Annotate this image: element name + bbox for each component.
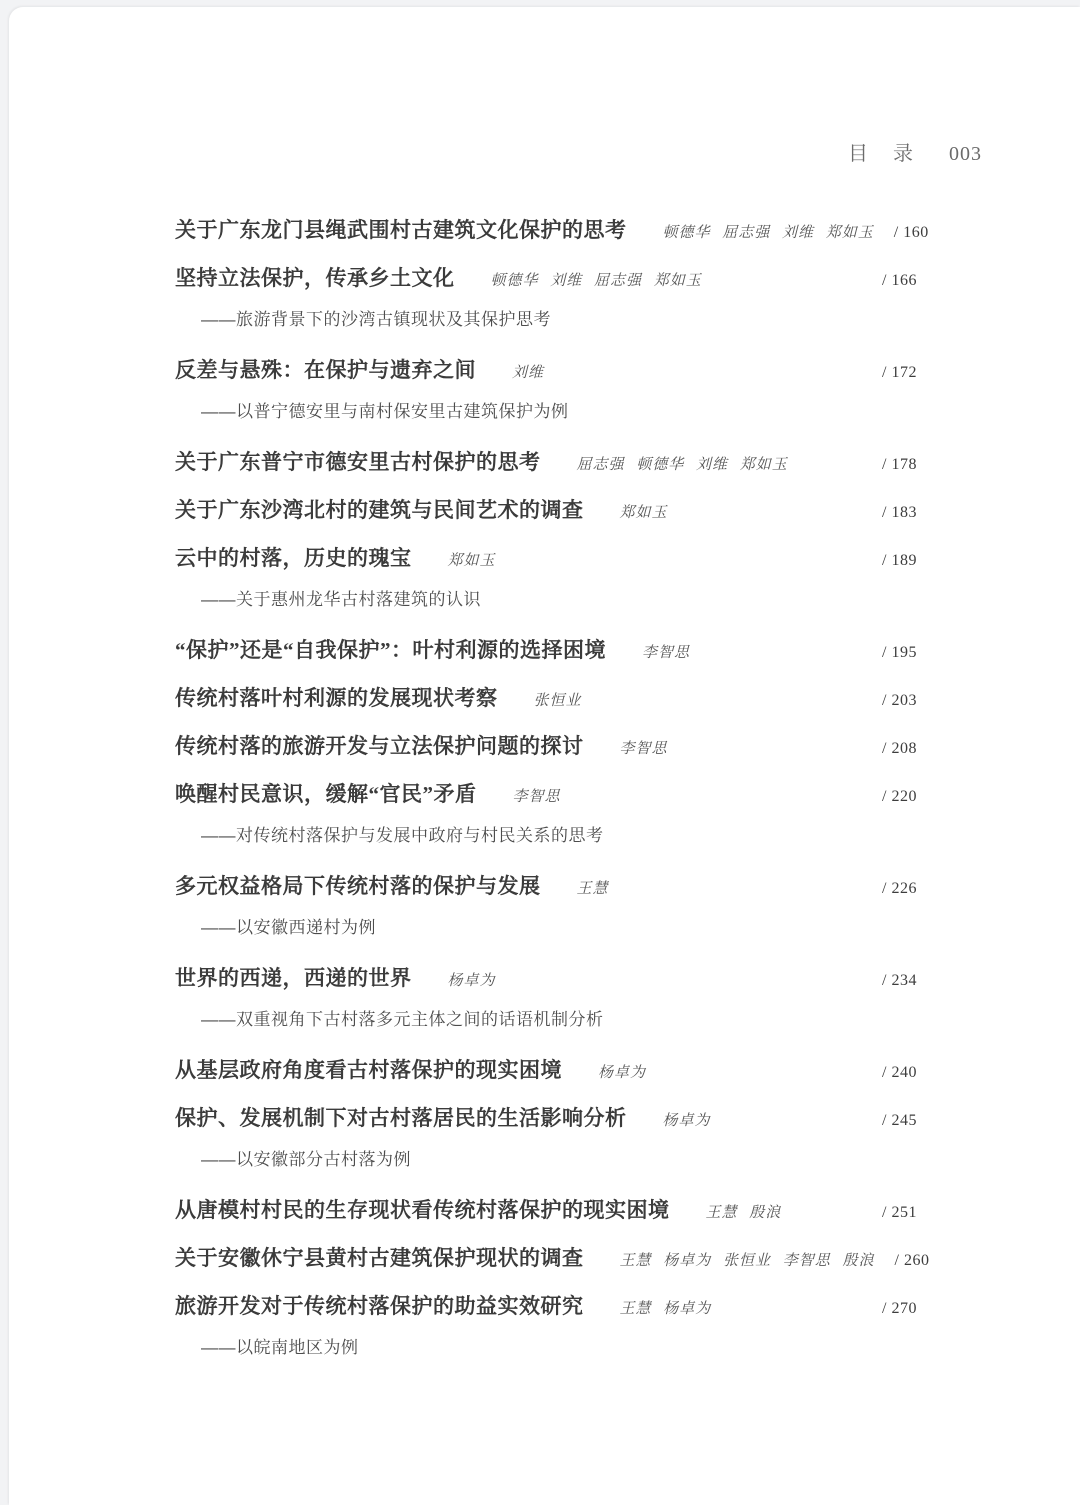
entry-title: 唤醒村民意识，缓解“官民”矛盾 xyxy=(175,781,477,807)
toc-entry-subtitle: ——旅游背景下的沙湾古镇现状及其保护思考 xyxy=(175,309,917,331)
toc-entry-subtitle: ——以安徽部分古村落为例 xyxy=(175,1149,917,1171)
entry-authors: 顿德华 屈志强 刘维 郑如玉 xyxy=(663,220,874,246)
entry-title: 关于广东沙湾北村的建筑与民间艺术的调查 xyxy=(175,497,584,523)
entry-authors: 郑如玉 xyxy=(448,548,496,574)
entry-authors: 李智思 xyxy=(620,736,668,762)
entry-title: 多元权益格局下传统村落的保护与发展 xyxy=(175,873,541,899)
table-of-contents: 关于广东龙门县绳武围村古建筑文化保护的思考 顿德华 屈志强 刘维 郑如玉 / 1… xyxy=(175,217,917,1385)
toc-entry: 坚持立法保护，传承乡土文化 顿德华 刘维 屈志强 郑如玉 / 166 xyxy=(175,265,917,294)
running-header: 目 录 003 xyxy=(848,137,982,166)
entry-authors: 王慧 xyxy=(577,876,609,902)
toc-entry: 唤醒村民意识，缓解“官民”矛盾 李智思 / 220 xyxy=(175,781,917,810)
entry-title: 云中的村落，历史的瑰宝 xyxy=(175,545,412,571)
entry-page-number: / 178 xyxy=(882,452,917,478)
toc-entry: 关于广东沙湾北村的建筑与民间艺术的调查 郑如玉 / 183 xyxy=(175,497,917,526)
entry-page-number: / 245 xyxy=(882,1108,917,1134)
entry-page-number: / 260 xyxy=(895,1248,930,1274)
entry-page-number: / 195 xyxy=(882,640,917,666)
entry-page-number: / 203 xyxy=(882,688,917,714)
entry-title: 坚持立法保护，传承乡土文化 xyxy=(175,265,455,291)
toc-entry: 传统村落叶村利源的发展现状考察 张恒业 / 203 xyxy=(175,685,917,714)
entry-title: 关于广东龙门县绳武围村古建筑文化保护的思考 xyxy=(175,217,627,243)
entry-page-number: / 234 xyxy=(882,968,917,994)
entry-title: 关于安徽休宁县黄村古建筑保护现状的调查 xyxy=(175,1245,584,1271)
entry-authors: 郑如玉 xyxy=(620,500,668,526)
entry-authors: 杨卓为 xyxy=(663,1108,711,1134)
entry-title: 保护、发展机制下对古村落居民的生活影响分析 xyxy=(175,1105,627,1131)
toc-entry: 多元权益格局下传统村落的保护与发展 王慧 / 226 xyxy=(175,873,917,902)
toc-entry: 世界的西递，西递的世界 杨卓为 / 234 xyxy=(175,965,917,994)
book-page: 目 录 003 关于广东龙门县绳武围村古建筑文化保护的思考 顿德华 屈志强 刘维… xyxy=(9,7,1080,1505)
entry-page-number: / 251 xyxy=(882,1200,917,1226)
toc-entry-subtitle: ——双重视角下古村落多元主体之间的话语机制分析 xyxy=(175,1009,917,1031)
entry-authors: 杨卓为 xyxy=(598,1060,646,1086)
toc-entry: 反差与悬殊：在保护与遗弃之间 刘维 / 172 xyxy=(175,357,917,386)
entry-page-number: / 189 xyxy=(882,548,917,574)
entry-authors: 王慧 杨卓为 张恒业 李智思 殷浪 xyxy=(620,1248,875,1274)
entry-authors: 屈志强 顿德华 刘维 郑如玉 xyxy=(577,452,788,478)
entry-title: 旅游开发对于传统村落保护的助益实效研究 xyxy=(175,1293,584,1319)
toc-entry-subtitle: ——以普宁德安里与南村保安里古建筑保护为例 xyxy=(175,401,917,423)
entry-title: 关于广东普宁市德安里古村保护的思考 xyxy=(175,449,541,475)
entry-title: 世界的西递，西递的世界 xyxy=(175,965,412,991)
toc-entry-subtitle: ——关于惠州龙华古村落建筑的认识 xyxy=(175,589,917,611)
entry-page-number: / 270 xyxy=(882,1296,917,1322)
entry-page-number: / 226 xyxy=(882,876,917,902)
toc-entry: 传统村落的旅游开发与立法保护问题的探讨 李智思 / 208 xyxy=(175,733,917,762)
entry-title: 传统村落的旅游开发与立法保护问题的探讨 xyxy=(175,733,584,759)
entry-title: 传统村落叶村利源的发展现状考察 xyxy=(175,685,498,711)
toc-entry: 从唐模村村民的生存现状看传统村落保护的现实困境 王慧 殷浪 / 251 xyxy=(175,1197,917,1226)
entry-authors: 李智思 xyxy=(513,784,561,810)
entry-page-number: / 220 xyxy=(882,784,917,810)
toc-entry-subtitle: ——对传统村落保护与发展中政府与村民关系的思考 xyxy=(175,825,917,847)
toc-entry: 关于安徽休宁县黄村古建筑保护现状的调查 王慧 杨卓为 张恒业 李智思 殷浪 / … xyxy=(175,1245,917,1274)
entry-title: “保护”还是“自我保护”：叶村利源的选择困境 xyxy=(175,637,606,663)
entry-title: 从唐模村村民的生存现状看传统村落保护的现实困境 xyxy=(175,1197,670,1223)
entry-page-number: / 208 xyxy=(882,736,917,762)
entry-title: 反差与悬殊：在保护与遗弃之间 xyxy=(175,357,476,383)
entry-authors: 刘维 xyxy=(512,360,544,386)
toc-entry: 关于广东普宁市德安里古村保护的思考 屈志强 顿德华 刘维 郑如玉 / 178 xyxy=(175,449,917,478)
entry-page-number: / 183 xyxy=(882,500,917,526)
toc-entry-subtitle: ——以安徽西递村为例 xyxy=(175,917,917,939)
entry-authors: 王慧 殷浪 xyxy=(706,1200,782,1226)
toc-entry: 旅游开发对于传统村落保护的助益实效研究 王慧 杨卓为 / 270 xyxy=(175,1293,917,1322)
toc-entry: 云中的村落，历史的瑰宝 郑如玉 / 189 xyxy=(175,545,917,574)
toc-entry: “保护”还是“自我保护”：叶村利源的选择困境 李智思 / 195 xyxy=(175,637,917,666)
entry-authors: 王慧 杨卓为 xyxy=(620,1296,712,1322)
entry-title: 从基层政府角度看古村落保护的现实困境 xyxy=(175,1057,562,1083)
entry-authors: 李智思 xyxy=(642,640,690,666)
entry-page-number: / 166 xyxy=(882,268,917,294)
entry-page-number: / 240 xyxy=(882,1060,917,1086)
entry-page-number: / 160 xyxy=(894,220,929,246)
entry-authors: 杨卓为 xyxy=(448,968,496,994)
toc-entry: 从基层政府角度看古村落保护的现实困境 杨卓为 / 240 xyxy=(175,1057,917,1086)
toc-entry: 关于广东龙门县绳武围村古建筑文化保护的思考 顿德华 屈志强 刘维 郑如玉 / 1… xyxy=(175,217,917,246)
header-page-number: 003 xyxy=(949,143,982,166)
entry-authors: 顿德华 刘维 屈志强 郑如玉 xyxy=(491,268,702,294)
entry-page-number: / 172 xyxy=(882,360,917,386)
entry-authors: 张恒业 xyxy=(534,688,582,714)
header-section-title: 目 录 xyxy=(848,137,923,166)
toc-entry-subtitle: ——以皖南地区为例 xyxy=(175,1337,917,1359)
toc-entry: 保护、发展机制下对古村落居民的生活影响分析 杨卓为 / 245 xyxy=(175,1105,917,1134)
